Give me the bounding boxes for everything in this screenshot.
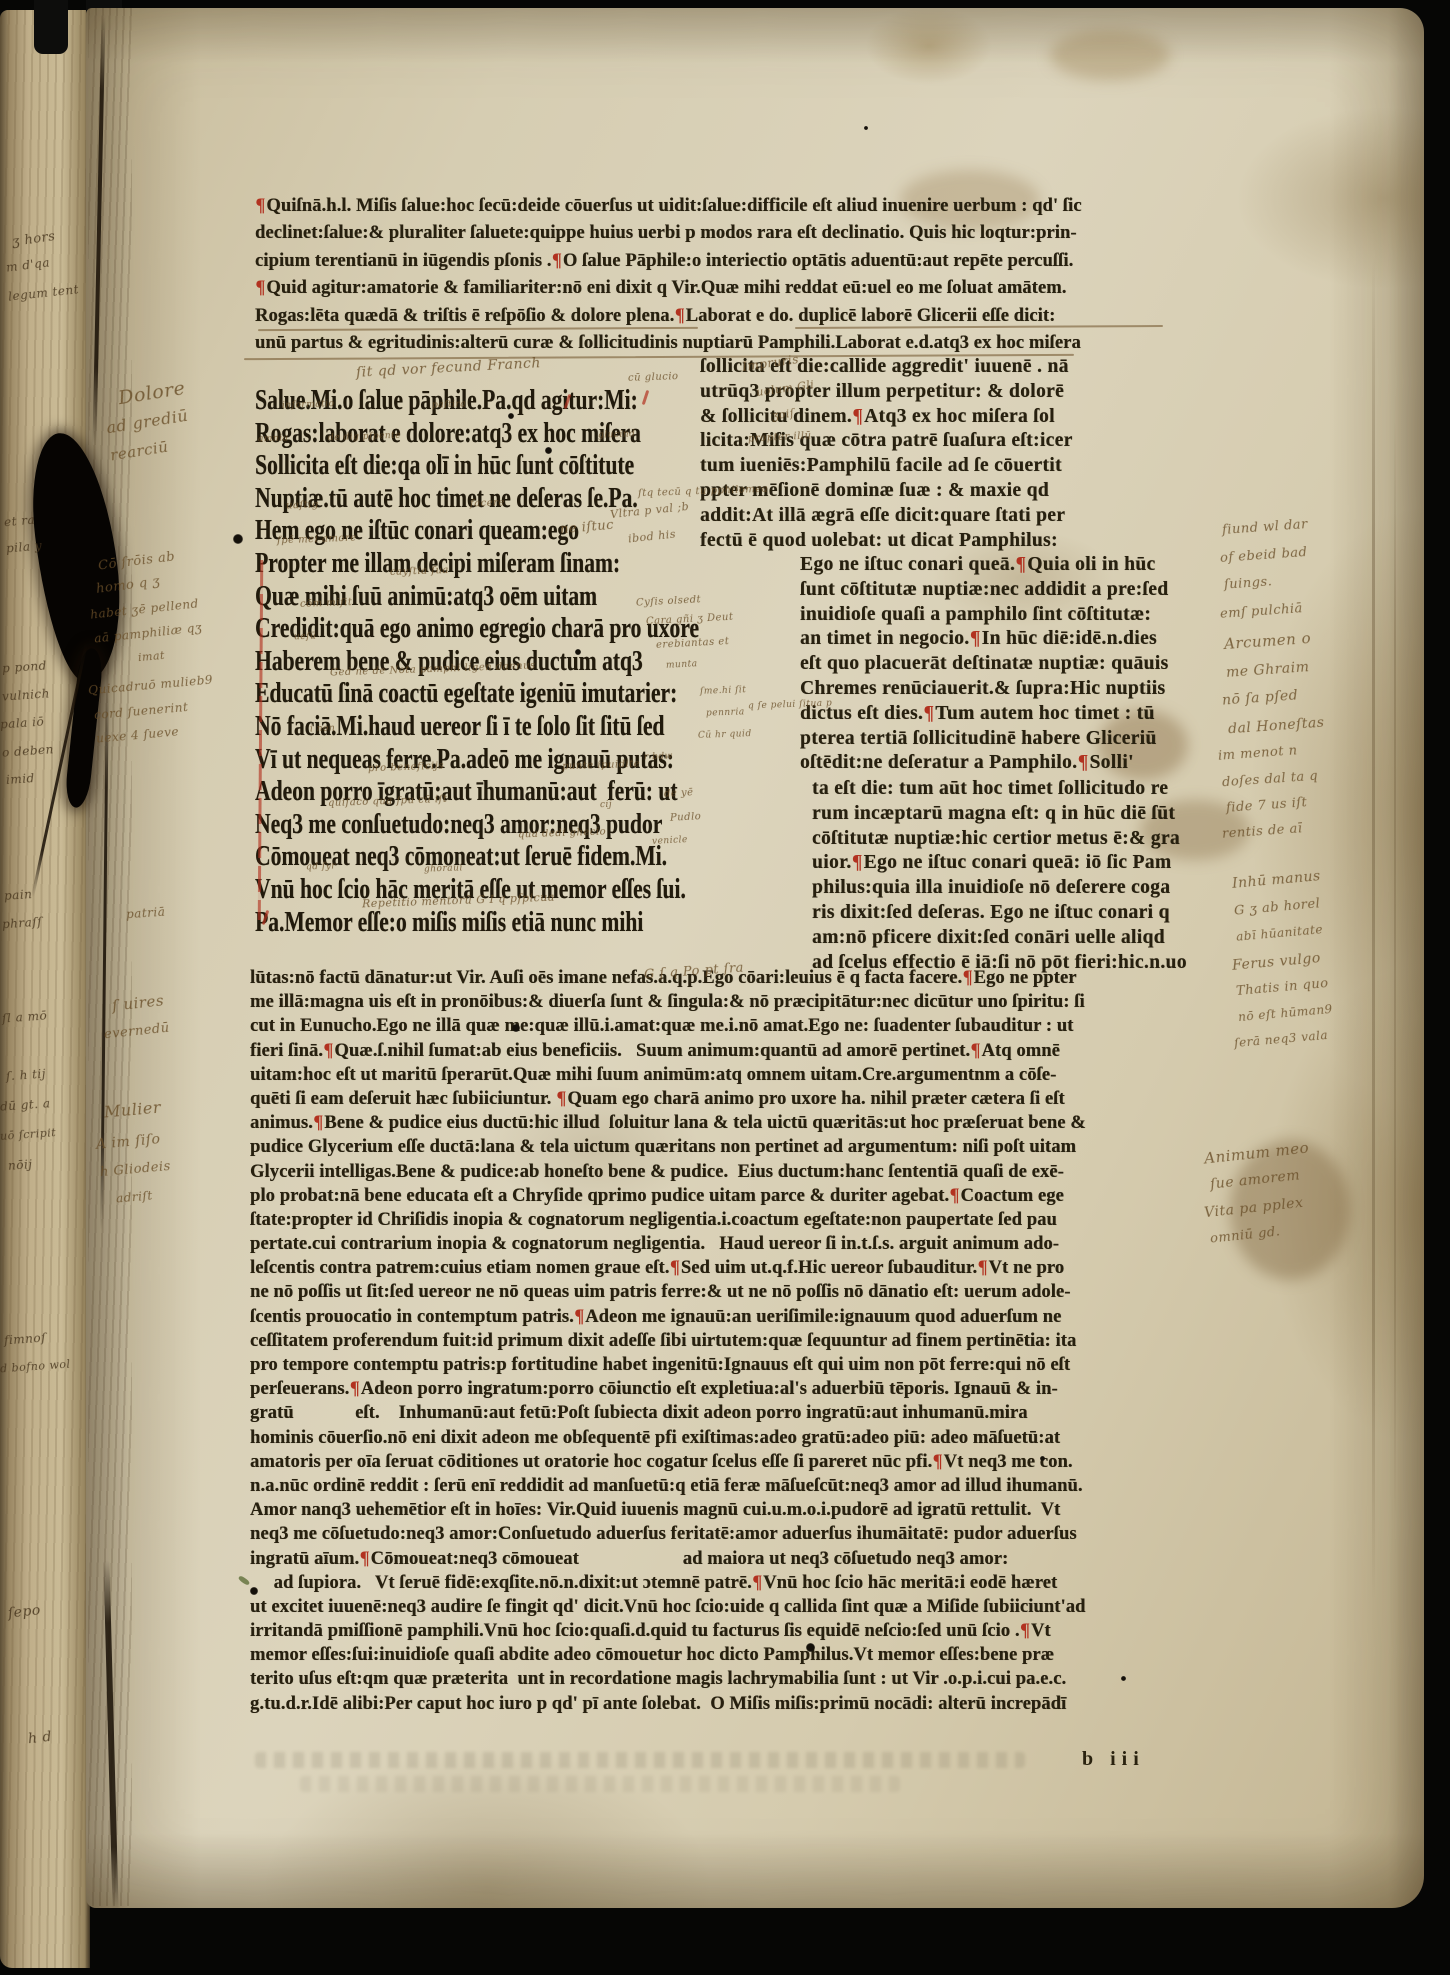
text-line: ut excitet iuuenē:neq3 audire ſe fingit … (250, 1595, 1086, 1619)
text-line: ſcentis prouocatio in contemptum patris.… (250, 1305, 1086, 1329)
marginal-note: Pudlo (670, 811, 702, 824)
text-line: Sollicita eſt die:qa olī in hūc ſunt cōſ… (255, 450, 699, 483)
marginal-note: patriā (126, 905, 166, 922)
text-line: Educatū ſinā coactū egeſtate igeniū imut… (255, 678, 699, 711)
text-line: Ego ne iſtuc conari queā.¶Quia oli in hū… (800, 553, 1168, 578)
pilcrow-mark: ¶ (977, 1258, 988, 1278)
ink-spot (250, 1587, 258, 1595)
pilcrow-mark: ¶ (752, 1573, 763, 1593)
text-line: neq3 me cōſuetudo:neq3 amor:Conſuetudo a… (250, 1522, 1086, 1546)
signature-mark: b iii (1082, 1748, 1145, 1771)
text-line: uior.¶Ego ne iſtuc conari queā: iō ſic P… (812, 851, 1187, 876)
text-line: eſt quo placuerāt deſtinatæ nuptiæ: quāu… (800, 652, 1168, 677)
marginal-note: qd ſyr (306, 861, 336, 872)
pilcrow-mark: ¶ (313, 1113, 324, 1133)
pilcrow-mark: ¶ (932, 1452, 943, 1472)
marginal-note: uaſtig (286, 499, 319, 511)
text-line: amatoris per oīa ſeruat cōditiones ut or… (250, 1450, 1086, 1474)
text-line: tum iueniēs:Pamphilū facile ad ſe cōuert… (700, 454, 1073, 479)
text-line: Credidit:quā ego animo egregio charā pro… (255, 613, 699, 646)
text-line: dictus eſt dies.¶Tum autem hoc timet : t… (800, 702, 1168, 727)
marginal-note: munta (666, 659, 698, 671)
marginal-note: nōij (8, 1157, 33, 1173)
full-commentary-block: lūtas:nō factū dānatur:ut Vir. Auſi oēs … (250, 966, 1086, 1716)
marginal-note: glucind (598, 429, 636, 440)
marginal-note: ſme.hi ſit (700, 685, 747, 697)
pilcrow-mark: ¶ (970, 1041, 981, 1061)
marginal-note: paſtira (432, 399, 466, 410)
text-line: cipium terentianū in iūgendis pſonis .¶O… (255, 248, 1082, 275)
text-line: & ſollicitu dinem.¶Atq3 ex hoc miſera ſo… (700, 405, 1073, 430)
text-line: ceſſitatem proferendum fuit:id primum di… (250, 1329, 1086, 1353)
marginal-note: i non (310, 724, 336, 735)
marginal-note: Cū hr quid (698, 729, 752, 741)
text-line: g.tu.d.r.Idē alibi:Per caput hoc iuro p … (250, 1692, 1086, 1716)
text-line: declinet:ſalue:& pluraliter ſaluete:quip… (255, 220, 1082, 247)
marginal-note: pennria (706, 707, 745, 718)
commentary-column-middle: Ego ne iſtuc conari queā.¶Quia oli in hū… (800, 553, 1168, 776)
marginal-note: phraſſ (2, 915, 43, 932)
text-line: pudice Glycerium eſſe ductā:lana & tela … (250, 1135, 1086, 1159)
marginal-note: r bdw (644, 751, 673, 762)
text-line: n.a.nūc ordinē reddit : ſerū enī reddidi… (250, 1474, 1086, 1498)
text-line: Adeon porro īgratū:aut īhumanū:aut ferū:… (255, 776, 699, 809)
text-line: ¶Quid agitur:amatorie & familiariter:nō … (255, 275, 1082, 302)
text-line: ingratū aīum.¶Cōmoueat:neq3 cōmoueat ad … (250, 1547, 1086, 1571)
text-line: Amor nanq3 uehemētior eſt in hoīes: Vir.… (250, 1498, 1086, 1522)
text-line: ſunt cōſtitutæ nuptiæ:nec addidit a pre:… (800, 578, 1168, 603)
pilcrow-mark: ¶ (852, 852, 864, 873)
text-line: unū partus & egritudinis:alterū curæ & ſ… (255, 330, 1082, 357)
marginal-note: de yē (664, 787, 694, 800)
text-line: pertate.cui contrarium inopia & cognator… (250, 1232, 1086, 1256)
text-line: Neq3 me conſuetudo:neq3 amor:neq3 pudor (255, 809, 699, 842)
commentary-column-upper: ſollicita eſt die:callide aggredit' iuue… (700, 355, 1073, 553)
text-line: ad ſupiora. Vt ſeruē fidē:exqſite.nō.n.d… (250, 1571, 1086, 1595)
text-line: inuidioſe quaſi a pamphilo ſint cōſtitut… (800, 603, 1168, 628)
top-commentary-block: ¶Quiſnā.h.l. Miſis ſalue:hoc ſecū:deide … (255, 193, 1082, 357)
text-line: memor eſſes:ſui:inuidioſe quaſi abdite a… (250, 1643, 1086, 1667)
text-line: philus:quia illa inuidioſe nō deſerere c… (812, 876, 1187, 901)
text-line: Propter me illam decipi miſeram ſinam: (255, 548, 699, 581)
text-line: addit:At illā ægrā eſſe dicit:quare ſtat… (700, 504, 1073, 529)
text-line: oſtēdit:ne deſeratur a Pamphilo.¶Solli' (800, 751, 1168, 776)
text-line: cōſtitutæ nuptiæ:hic certior metus ē:& g… (812, 827, 1187, 852)
ink-spot (1040, 1456, 1045, 1461)
text-line: ¶Quiſnā.h.l. Miſis ſalue:hoc ſecū:deide … (255, 193, 1082, 220)
ink-spot (806, 1643, 815, 1652)
pilcrow-mark: ¶ (551, 251, 562, 271)
text-line: me illā:magna uis eſt in pronōibus:& diu… (250, 990, 1086, 1014)
text-line: leſcentis contra patrem:cuius etiam nome… (250, 1256, 1086, 1280)
show-through (255, 1752, 1025, 1768)
pilcrow-mark: ¶ (255, 196, 266, 216)
marginal-note: pain (4, 887, 33, 903)
marginal-note: h d (27, 1729, 52, 1747)
text-line: fectū ē quod uolebat: ut dicat Pamphilus… (700, 529, 1073, 554)
pilcrow-mark: ¶ (1020, 1621, 1031, 1641)
text-line: cut in Eunucho.Ego ne illā quæ me:quæ il… (250, 1014, 1086, 1038)
marginal-note: ſepo (7, 1602, 41, 1621)
pilcrow-mark: ¶ (255, 278, 266, 298)
text-line: Pa.Memor eſſe:o miſis miſis etiā nunc mi… (255, 907, 699, 940)
text-line: Glycerii intelligas.Bene & pudice:ab hon… (250, 1160, 1086, 1184)
text-line: fieri ſinā.¶Quæ.ſ.nihil ſumat:ab eius be… (250, 1039, 1086, 1063)
ink-stain (1050, 30, 1170, 80)
photo-canvas: ¶Quiſnā.h.l. Miſis ſalue:hoc ſecū:deide … (0, 0, 1450, 1975)
marginal-note: imat (137, 649, 165, 664)
ink-spot (1121, 1676, 1126, 1681)
page-crease (1394, 420, 1396, 1520)
previous-page-stub (0, 10, 90, 1968)
text-line: rum incæptarū magna eſt: q in hūc diē ſū… (812, 802, 1187, 827)
pilcrow-mark: ¶ (962, 968, 973, 988)
marginal-note: venicle (652, 835, 688, 847)
ink-spot (864, 126, 868, 130)
text-line: an timet in negocio.¶In hūc diē:idē.n.di… (800, 627, 1168, 652)
binding-clasp (34, 0, 68, 54)
pilcrow-mark: ¶ (669, 1258, 680, 1278)
ink-spot (508, 413, 514, 419)
pilcrow-mark: ¶ (359, 1549, 370, 1569)
marginal-note: cū glucio (628, 371, 679, 384)
text-line: ris dixit:ſed deſeras. Ego ne iſtuc cona… (812, 901, 1187, 926)
text-line: gratū eſt. Inhumanū:aut fetū:Poſt ſubiec… (250, 1401, 1086, 1425)
text-line: plo probat:nā bene educata eſt a Chryſid… (250, 1184, 1086, 1208)
ink-spot (575, 649, 581, 655)
pilcrow-mark: ¶ (969, 628, 981, 649)
text-line: hominis cōuerſio.nō eni dixit adeon me o… (250, 1426, 1086, 1450)
ink-spot (233, 534, 243, 544)
page-crease (1372, 260, 1375, 1600)
pilcrow-mark: ¶ (556, 1089, 567, 1109)
pilcrow-mark: ¶ (674, 306, 685, 326)
text-line: uitam:hoc eſt ut maritū ſperarūt.Quæ mih… (250, 1063, 1086, 1087)
pilcrow-mark: ¶ (323, 1041, 334, 1061)
text-line: terito uſus eſt:qm quæ præterita unt in … (250, 1667, 1086, 1691)
marginal-note: ghoraui (424, 863, 463, 874)
marginal-note: imid (6, 771, 36, 787)
pilcrow-mark: ¶ (1077, 752, 1089, 773)
marginal-note: ueſū (294, 632, 317, 643)
text-line: ne nō poſſis ut ſit:ſed uereor ne nō que… (250, 1280, 1086, 1304)
pilcrow-mark: ¶ (923, 703, 935, 724)
marginal-note: cōm miſit (300, 597, 353, 610)
marginal-note: amnia (258, 433, 289, 444)
text-line: ſtate:propter id Chriſidis inopia & cogn… (250, 1208, 1086, 1232)
ink-spot (545, 447, 552, 454)
text-line: perſeuerans.¶Adeon porro ingratum:porro … (250, 1377, 1086, 1401)
ink-spot (512, 1024, 520, 1032)
text-line: ta eſt die: tum aūt hoc timet ſollicitud… (812, 777, 1187, 802)
marginal-note: ſ. h tij (6, 1067, 47, 1084)
show-through (300, 1776, 900, 1792)
pilcrow-mark: ¶ (1015, 554, 1027, 575)
marginal-note: informatio (282, 399, 335, 411)
marginal-note: facere (470, 497, 505, 509)
commentary-column-lower: ta eſt die: tum aūt hoc timet ſollicitud… (812, 777, 1187, 975)
text-line: pro tempore contemptu patris:p fortitudi… (250, 1353, 1086, 1377)
marginal-note: cij (600, 800, 613, 810)
text-line: pterea tertiā ſollicitudinē habere Glice… (800, 727, 1168, 752)
pilcrow-mark: ¶ (349, 1379, 360, 1399)
pilcrow-mark: ¶ (852, 406, 864, 427)
marginal-note: fimnoſ (4, 1331, 47, 1348)
text-line: am:nō pficere dixit:ſed conāri uelle ali… (812, 926, 1187, 951)
text-line: animus.¶Bene & pudice eius ductū:hic ill… (250, 1111, 1086, 1135)
marginal-note: et ra (3, 513, 35, 530)
pilcrow-mark: ¶ (574, 1307, 585, 1327)
marginal-note: cayſtia ſua (390, 565, 449, 578)
text-line: irritandā pmiſſionē pamphili.Vnū hoc ſci… (250, 1619, 1086, 1643)
text-line: quēti ſi eam deſeruit hæc ſubiiciuntur. … (250, 1087, 1086, 1111)
pilcrow-mark: ¶ (949, 1186, 960, 1206)
text-line: Chremes renūciauerit.& ſupra:Hic nuptiis (800, 677, 1168, 702)
